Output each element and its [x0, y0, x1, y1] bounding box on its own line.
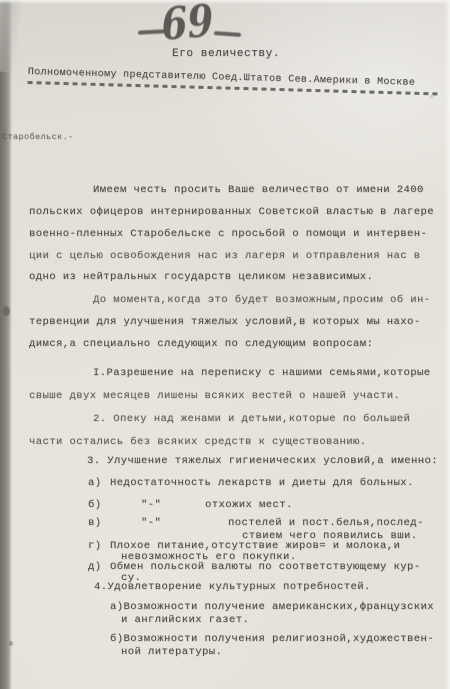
sub-item-b-text: отхожих мест.	[205, 499, 293, 511]
salutation-line: Его величеству.	[172, 48, 280, 60]
document-page: 69 Его величеству. Полномоченному предст…	[0, 0, 450, 689]
sub-item-d-label: д)	[88, 561, 102, 573]
scan-top-edge	[0, 0, 450, 4]
sub-item-v-label: в)	[88, 517, 102, 529]
list-item-1-line: свыше двух месяцев лишены всяких вестей …	[29, 390, 400, 402]
paragraph1-line: Имеем честь просить Ваше величество от и…	[93, 184, 424, 196]
sub-item-b-label: б)	[88, 499, 102, 511]
paper-speck	[3, 306, 10, 316]
page-number-dash-right	[214, 31, 241, 37]
list-item-2-line: части остались без всяких средств к суще…	[29, 436, 367, 448]
sub-item-d-text: Обмен польской валюты по соответствующем…	[110, 561, 421, 573]
paragraph2-line: До момента,когда это будет возможным,про…	[93, 294, 431, 306]
sub-item-b-ditto-mark: "-"	[141, 499, 161, 511]
sub-item-a-label: а)	[88, 477, 102, 489]
paragraph1-line: одно из нейтральных государств целиком н…	[29, 271, 373, 283]
paper-speck	[9, 641, 13, 646]
item4-sub-b-text: ной литературы.	[121, 646, 222, 658]
item4-sub-b-text: б)Возможности получения религиозной,худо…	[110, 633, 434, 645]
paper-speck	[430, 95, 433, 98]
dateline: Старобельск.-	[2, 131, 74, 143]
addressee-block: Полномоченному представителю Соед.Штатов…	[28, 67, 448, 95]
item4-sub-a-text: и английских газет.	[121, 614, 249, 626]
scan-right-edge	[444, 0, 450, 689]
sub-item-v-text: постелей и пост.белья,послед-	[228, 517, 424, 529]
scan-left-edge-highlight	[0, 0, 25, 73]
paragraph1-line: польских офицеров интернированных Советс…	[29, 206, 434, 218]
sub-item-a-text: Недостаточность лекарств и диеты для бол…	[110, 477, 414, 489]
list-item-3-heading: 3. Улучшение тяжелых гигиенических услов…	[87, 455, 438, 467]
paragraph2-line: тервенции для улучшения тяжелых условий,…	[29, 316, 421, 328]
sub-item-v-ditto-mark: "-"	[141, 517, 161, 529]
paragraph1-line: ции с целью освобождения нас из лагеря и…	[29, 250, 421, 262]
sub-item-g-label: г)	[88, 540, 102, 552]
list-item-2-line: 2. Опеку над женами и детьми,которые по …	[93, 413, 410, 425]
list-item-4-heading: 4.Удовлетворение культурных потребностей…	[94, 581, 371, 593]
paragraph2-line: димся,а специально следующих по следующи…	[29, 338, 373, 350]
handwritten-page-number: 69	[160, 0, 215, 51]
scan-left-edge	[0, 0, 12, 689]
list-item-1-line: I.Разрешение на переписку с нашими семья…	[93, 367, 431, 379]
paragraph1-line: военно-пленных Старобельске с просьбой о…	[29, 228, 427, 240]
item4-sub-a-text: а)Возможности получение американских,фра…	[110, 601, 434, 613]
